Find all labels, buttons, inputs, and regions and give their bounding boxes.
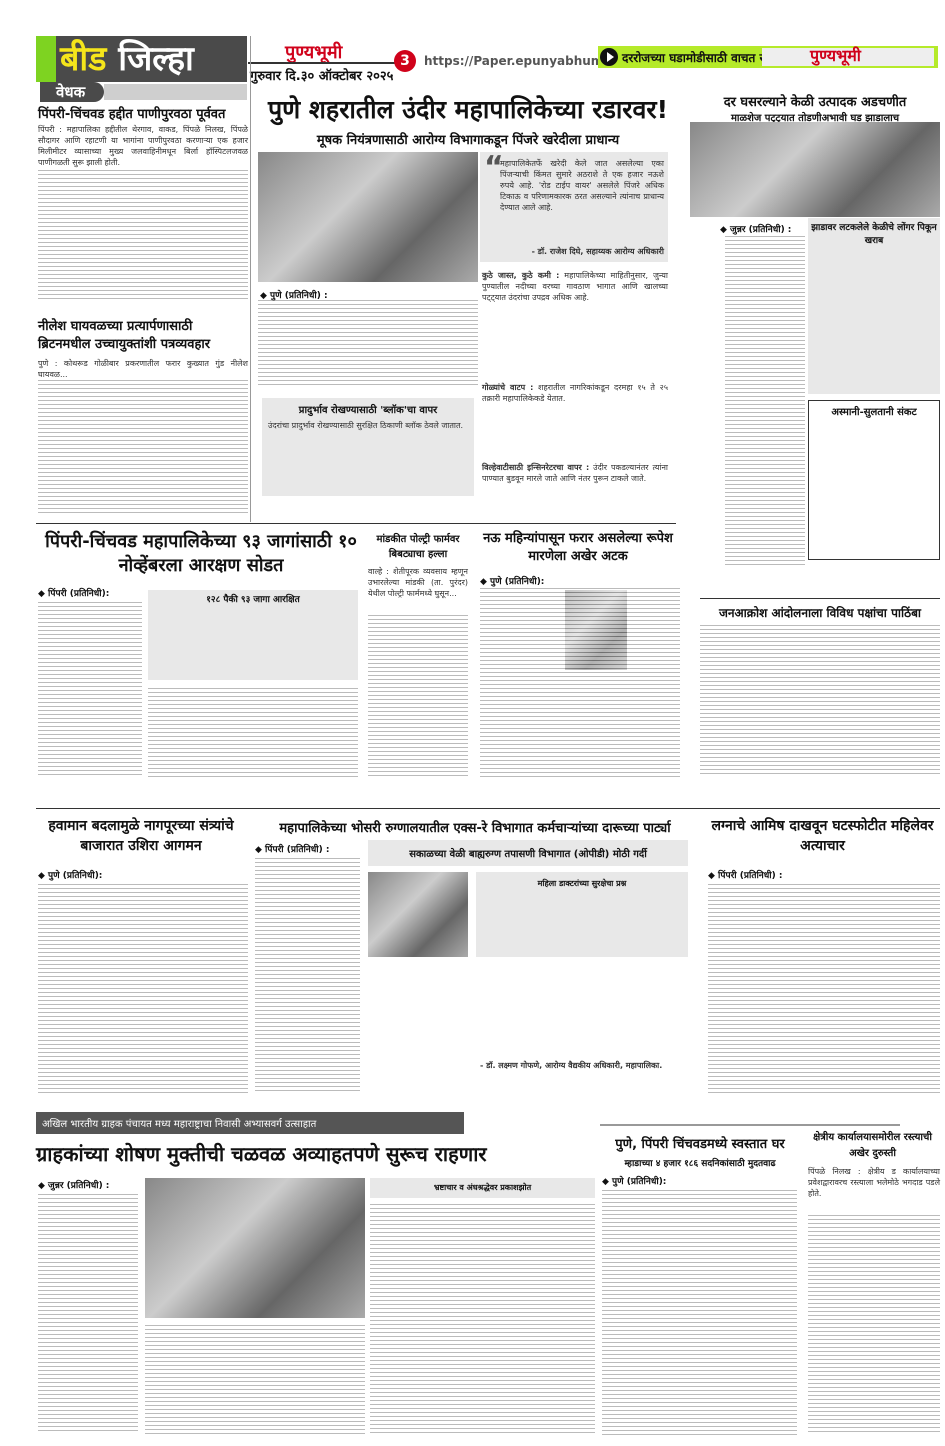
headline-housing: पुणे, पिंपरी चिंचवडमध्ये स्वस्तात घर bbox=[600, 1134, 800, 1152]
banana-photo bbox=[690, 122, 940, 217]
block-box-text: उंदरांचा प्रादुर्भाव रोखण्यासाठी सुरक्षि… bbox=[268, 420, 468, 431]
marriage-body bbox=[708, 884, 940, 1094]
headline-weather: हवामान बदलामुळे नागपूरच्या संत्र्यांचे ब… bbox=[36, 816, 246, 856]
consumer-body-1 bbox=[38, 1194, 138, 1434]
consumer-kicker: अखिल भारतीय ग्राहक पंचायत मध्य महाराष्ट्… bbox=[42, 1116, 462, 1130]
block-box-title: प्रादुर्भाव रोखण्यासाठी 'ब्लॉक'चा वापर bbox=[262, 402, 474, 416]
masthead-accent bbox=[36, 36, 56, 82]
rat-photo bbox=[258, 152, 478, 282]
women-safety-title: महिला डाक्टरांच्या सुरक्षेचा प्रश्न bbox=[476, 878, 688, 889]
sky-sultan-box bbox=[808, 400, 940, 560]
marriage-byline: ◆ पिंपरी (प्रतिनिधी) : bbox=[708, 868, 783, 881]
section-rule-2 bbox=[36, 808, 940, 809]
promo-brand: पुण्यभूमी bbox=[810, 44, 861, 66]
headline-consumer: ग्राहकांच्या शोषण मुक्तीची चळवळ अव्याहतप… bbox=[36, 1140, 596, 1167]
bhosari-byline: ◆ पिंपरी (प्रतिनिधी) : bbox=[255, 842, 330, 855]
reservation-body-2 bbox=[148, 688, 358, 778]
article-water-supply-lead: पिंपरी : महापालिका हद्दीतील थेरगाव, वाकड… bbox=[38, 124, 248, 168]
headline-marriage: लग्नाचे आमिष दाखवून घटस्फोटीत महिलेवर अत… bbox=[705, 816, 940, 856]
brand-name: पुण्यभूमी bbox=[285, 40, 342, 64]
housing-body bbox=[602, 1190, 797, 1435]
headline-arrest: नऊ महिन्यांपासून फरार असलेल्या रूपेश मार… bbox=[478, 530, 678, 566]
headline-water-supply: पिंपरी-चिंचवड हद्दीत पाणीपुरवठा पूर्ववत bbox=[38, 104, 248, 122]
poultry-lead: वाल्हे : शेतीपूरक व्यवसाय म्हणून उभारलेल… bbox=[368, 566, 468, 599]
opd-box-title: सकाळच्या वेळी बाह्यरुग्ण तपासणी विभागात … bbox=[368, 846, 688, 860]
play-icon[interactable] bbox=[600, 48, 618, 66]
poultry-body bbox=[368, 615, 468, 777]
arrest-body bbox=[480, 588, 680, 778]
road-body bbox=[808, 1215, 940, 1435]
box-where-more: कुठे जास्त, कुठे कमी : महापालिकेच्या माह… bbox=[482, 270, 668, 303]
reservation-box-title: १२८ पैकी ९३ जागा आरक्षित bbox=[148, 592, 358, 605]
page-number-badge: 3 bbox=[394, 50, 416, 72]
bhosari-body-1 bbox=[255, 858, 360, 1093]
headline-ghaywal: नीलेश घायवळच्या प्रत्यार्पणासाठी ब्रिटनम… bbox=[38, 318, 248, 354]
consumer-body-2 bbox=[145, 1325, 365, 1435]
hospital-photo bbox=[368, 872, 468, 957]
article-ghaywal-body bbox=[38, 380, 248, 515]
banana-body bbox=[725, 236, 805, 566]
weather-body bbox=[38, 884, 248, 1094]
paper-url-link[interactable]: https://Paper.epunyabhumi.in bbox=[424, 54, 625, 68]
consumer-byline: ◆ जुन्नर (प्रतिनिधी) : bbox=[38, 1178, 109, 1191]
article-ghaywal-lead: पुणे : कोथरूड गोळीबार प्रकरणातील फरार कु… bbox=[38, 358, 248, 380]
column-divider bbox=[250, 36, 251, 522]
section-title-part1: बीड bbox=[60, 39, 106, 79]
road-lead: पिंपळे निलख : क्षेत्रीय ड कार्यालयाच्या … bbox=[808, 1166, 940, 1199]
box-incinerator: विल्हेवाटीसाठी इन्सिनरेटरचा वापर : उंदीर… bbox=[482, 462, 668, 484]
housing-rule bbox=[600, 1124, 900, 1126]
subhead-main-rats: मूषक नियंत्रणासाठी आरोग्य विभागाकडून पिं… bbox=[258, 130, 678, 148]
box-incinerator-title: विल्हेवाटीसाठी इन्सिनरेटरचा वापर : bbox=[482, 463, 589, 472]
column-tag: वेधक bbox=[40, 82, 104, 102]
date-rule bbox=[248, 62, 398, 64]
box-pellets-title: गोळ्यांचे वाटप : bbox=[482, 383, 533, 392]
housing-byline: ◆ पुणे (प्रतिनिधी): bbox=[602, 1174, 666, 1187]
reservation-body-1 bbox=[38, 602, 142, 777]
section-title-part2: जिल्हा bbox=[118, 39, 194, 79]
arrest-byline: ◆ पुणे (प्रतिनिधी): bbox=[480, 574, 544, 587]
issue-date: गुरुवार दि.३० ऑक्टोबर २०२५ bbox=[250, 66, 393, 84]
headline-main-rats: पुणे शहरातील उंदीर महापालिकेच्या रडारवर! bbox=[258, 92, 678, 126]
sky-sultan-title: अस्मानी-सुलतानी संकट bbox=[810, 404, 938, 418]
box-pellets: गोळ्यांचे वाटप : शहरातील नागरिकांकडून दर… bbox=[482, 382, 668, 404]
subhead-housing: म्हाडाच्या ४ हजार १८६ सदनिकांसाठी मुदतवा… bbox=[600, 1156, 800, 1169]
consumer-event-photo bbox=[145, 1178, 365, 1318]
janakrosh-body bbox=[700, 625, 940, 775]
headline-janakrosh: जनआक्रोश आंदोलनाला विविध पक्षांचा पाठिंब… bbox=[700, 604, 940, 621]
quote-text: महापालिकेतर्फे खरेदी केले जात असलेल्या ए… bbox=[500, 158, 664, 213]
reservation-byline: ◆ पिंपरी (प्रतिनिधी): bbox=[38, 586, 109, 599]
headline-road: क्षेत्रीय कार्यालयासमोरील रस्त्याची अखेर… bbox=[805, 1130, 940, 1162]
section-rule bbox=[36, 523, 676, 524]
quote-attribution: - डॉ. राजेश दिघे, सहाय्यक आरोग्य अधिकारी bbox=[500, 246, 664, 257]
headline-bhosari: महापालिकेच्या भोसरी रुग्णालयातील एक्स-रे… bbox=[250, 818, 700, 836]
headline-reservation: पिंपरी-चिंचवड महापालिकेच्या ९३ जागांसाठी… bbox=[36, 530, 366, 578]
bhosari-quote-attr: - डॉ. लक्ष्मण गोफणे, आरोग्य वैद्यकीय अधि… bbox=[480, 1060, 685, 1071]
article-water-supply-body bbox=[38, 170, 248, 300]
box-where-more-title: कुठे जास्त, कुठे कमी : bbox=[482, 271, 559, 280]
banana-byline: ◆ जुन्नर (प्रतिनिधी) : bbox=[720, 222, 791, 235]
banana-sidebar-title: झाडावर लटकलेले केळीचे लोंगर पिकून खराब bbox=[810, 220, 938, 246]
headline-poultry: मांडकीत पोल्ट्री फार्मवर बिबट्याचा हल्ला bbox=[368, 532, 468, 562]
corruption-box-title: भ्रष्टाचार व अंधश्रद्धेवर प्रकाशझोत bbox=[370, 1182, 595, 1193]
consumer-body-3 bbox=[370, 1204, 595, 1434]
main-article-body bbox=[258, 300, 478, 385]
janakrosh-rule bbox=[700, 598, 940, 599]
headline-banana: दर घसरल्याने केळी उत्पादक अडचणीत bbox=[690, 92, 940, 110]
column-tag-bar bbox=[104, 84, 247, 100]
weather-byline: ◆ पुणे (प्रतिनिधी): bbox=[38, 868, 102, 881]
section-title: बीड जिल्हा bbox=[60, 36, 194, 82]
